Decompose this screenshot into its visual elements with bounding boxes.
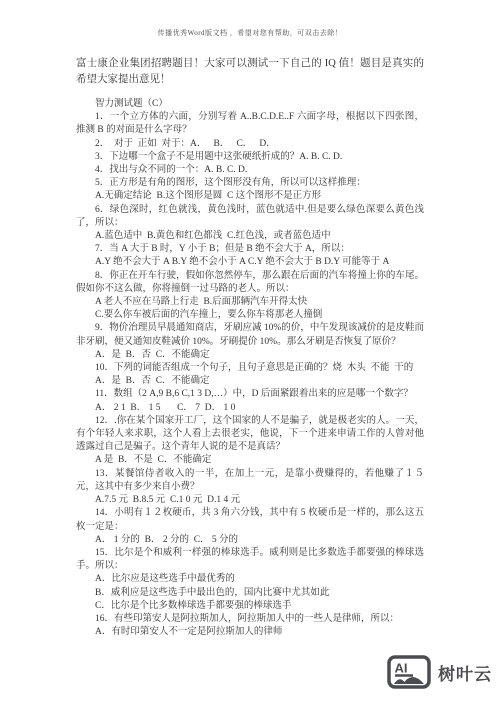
question-paragraph: C．比尔是个比多数棒球选手都要强的棒球选手 — [76, 600, 424, 613]
question-paragraph: A．是 B．否 C．不能确定 — [76, 375, 424, 388]
question-paragraph: A.Y 绝不会大于 A B.Y 绝不会小于 A C.Y 绝不会大于 B D.Y … — [76, 256, 424, 269]
question-paragraph: 9．物价治理员早晨通知商店，牙刷应减 10%的价，中午发现该减价的是皮鞋而非牙刷… — [76, 322, 424, 348]
question-paragraph: 2． 对于 正如 对于：A． B． C． D． — [76, 138, 424, 151]
question-list: 1．一个立方体的六面，分别写着 A..B.C.D.E..F 六面字母，根据以下四… — [76, 111, 424, 639]
question-paragraph: C.要么你车被后面的汽车撞上，要么你车将那老人撞倒 — [76, 309, 424, 322]
question-paragraph: 1．一个立方体的六面，分别写着 A..B.C.D.E..F 六面字母，根据以下四… — [76, 111, 424, 137]
question-paragraph: 16．有些印第安人是阿拉斯加人，阿拉斯加人中的一些人是律师，所以： — [76, 613, 424, 626]
question-paragraph: A． 1 分的 B． 2 分的 C． 5 分的 — [76, 534, 424, 547]
ai-label: AI — [395, 661, 408, 676]
question-paragraph: B．威利应是这些选手中最出色的，国内比赛中尤其如此 — [76, 587, 424, 600]
question-paragraph: 3．下边哪一个盒子不是用题中这张硬纸折成的？A. B. C. D. — [76, 151, 424, 164]
question-paragraph: 4．找出与众不同的一个：A. B. C. D. — [76, 164, 424, 177]
question-paragraph: A． 2 1 B． 1 5 C． 7 D． 1 0 — [76, 402, 424, 415]
question-paragraph: 15．比尔是个和威利一样强的棒球选手。威利则是比多数选手都要强的棒球选手。所以： — [76, 547, 424, 573]
doc-title: 智力测试题（C） — [76, 98, 424, 111]
watermark-text: 传播优秀Word版文档 ，希望对您有帮助，可双击去除！ — [76, 28, 424, 38]
question-paragraph: 12．.你在某个国家开工厂，这个国家的人不是骗子，就是极老实的人。一天，有个年轻… — [76, 415, 424, 455]
question-paragraph: A．比尔应是这些选手中最优秀的 — [76, 573, 424, 586]
mountain-large-shape — [403, 677, 424, 684]
image-ai-icon: AI — [387, 655, 431, 689]
question-paragraph: A．是 B．否 C．不能确定 — [76, 349, 424, 362]
question-paragraph: A.7.5 元 B.8.5 元 C.1 0 元 D.1 4 元 — [76, 494, 424, 507]
question-paragraph: A.无确定结论 B.这个图形是圆 C 这个图形不是正方形 — [76, 190, 424, 203]
intro-paragraph: 富士康企业集团招聘题目！大家可以测试一下自己的 IQ 值！题目是真实的希望大家提… — [76, 56, 424, 87]
question-paragraph: 11．数组（2 A,9 B,6 C,1 3 D,…）中，D 后面紧跟着出来的应是… — [76, 388, 424, 401]
question-paragraph: 8．你正在开车行驶，假如你忽然停车，那么跟在后面的汽车将撞上你的车尾。假如你不这… — [76, 270, 424, 296]
question-paragraph: 6．绿色深时，红色就浅，黄色浅时，蓝色就适中.但是要么绿色深要么黄色浅了，所以： — [76, 204, 424, 230]
question-paragraph: 7．当 A 大于 B 时，Y 小于 B；但是 B 绝不会大于 A，所以： — [76, 243, 424, 256]
question-paragraph: A．有时印第安人不一定是阿拉斯加人的律师 — [76, 626, 424, 639]
question-paragraph: 13．某餐馆侍者收入的一半，在加上一元，是靠小费赚得的，若他赚了１５元，这其中有… — [76, 468, 424, 494]
question-paragraph: A 老人不应在马路上行走 B.后面那辆汽车开得太快 — [76, 296, 424, 309]
brand-watermark: AI 树叶云 — [387, 655, 492, 689]
brand-name: 树叶云 — [438, 660, 492, 685]
question-paragraph: 10．下列的词能否组成一个句子，且句子意思是正确的？烧 木头 不能 干的 — [76, 362, 424, 375]
question-paragraph: A.蓝色适中 B.黄色和红色都浅 C.红色浅，或者蓝色适中 — [76, 230, 424, 243]
question-paragraph: 5．正方形是有角的图形，这个图形没有角，所以可以这样推理： — [76, 177, 424, 190]
question-paragraph: 14．小明有１２枚硬币，共 3 角六分钱，其中有 5 枚硬币是一样的，那么这五枚… — [76, 507, 424, 533]
question-paragraph: A 是 B．不是 C．不能确定 — [76, 454, 424, 467]
document-page: 传播优秀Word版文档 ，希望对您有帮助，可双击去除！ 富士康企业集团招聘题目！… — [0, 0, 500, 708]
